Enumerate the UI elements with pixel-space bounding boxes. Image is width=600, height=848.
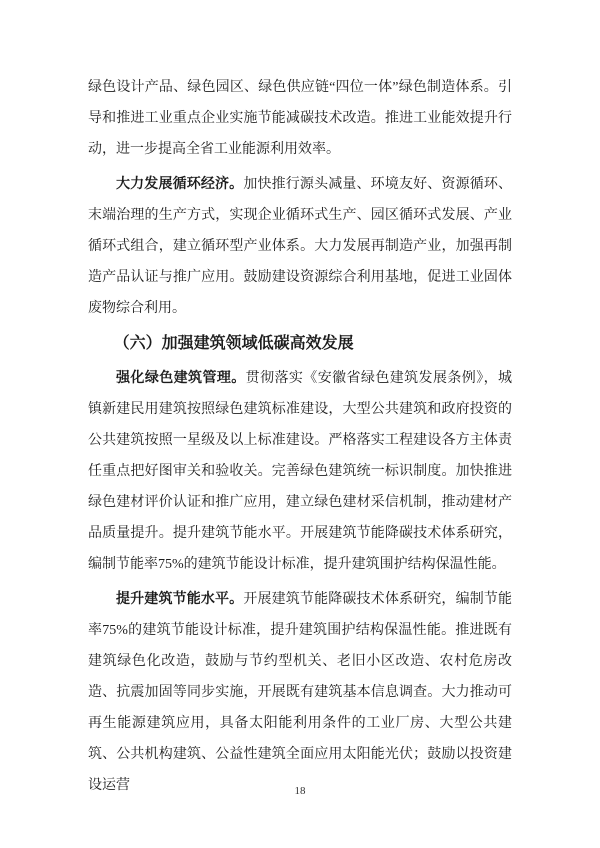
body-paragraph: 大力发展循环经济。加快推行源头减量、环境友好、资源循环、末端治理的生产方式，实现… [88, 169, 512, 324]
body-paragraph: 提升建筑节能水平。开展建筑节能降碳技术体系研究，编制节能率75%的建筑节能设计标… [88, 584, 512, 801]
paragraph-text: 贯彻落实《安徽省绿色建筑发展条例》，城镇新建民用建筑按照绿色建筑标准建设，大型公… [88, 371, 512, 572]
paragraph-lead: 强化绿色建筑管理。 [116, 371, 246, 386]
paragraph-text: 绿色设计产品、绿色园区、绿色供应链“四位一体”绿色制造体系。引导和推进工业重点企… [88, 80, 512, 157]
page-footer: 18 [0, 785, 600, 797]
document-page: 绿色设计产品、绿色园区、绿色供应链“四位一体”绿色制造体系。引导和推进工业重点企… [0, 0, 600, 848]
paragraph-text: 开展建筑节能降碳技术体系研究，编制节能率75%的建筑节能设计标准，提升建筑围护结… [88, 592, 512, 793]
body-paragraph: 强化绿色建筑管理。贯彻落实《安徽省绿色建筑发展条例》，城镇新建民用建筑按照绿色建… [88, 363, 512, 580]
body-paragraph: 绿色设计产品、绿色园区、绿色供应链“四位一体”绿色制造体系。引导和推进工业重点企… [88, 72, 512, 165]
document-body: 绿色设计产品、绿色园区、绿色供应链“四位一体”绿色制造体系。引导和推进工业重点企… [88, 72, 512, 801]
page-number: 18 [295, 785, 306, 797]
paragraph-text: 加快推行源头减量、环境友好、资源循环、末端治理的生产方式，实现企业循环式生产、园… [88, 177, 512, 316]
section-heading: （六）加强建筑领域低碳高效发展 [88, 328, 512, 359]
paragraph-lead: 提升建筑节能水平。 [116, 592, 243, 607]
paragraph-lead: 大力发展循环经济。 [116, 177, 243, 192]
